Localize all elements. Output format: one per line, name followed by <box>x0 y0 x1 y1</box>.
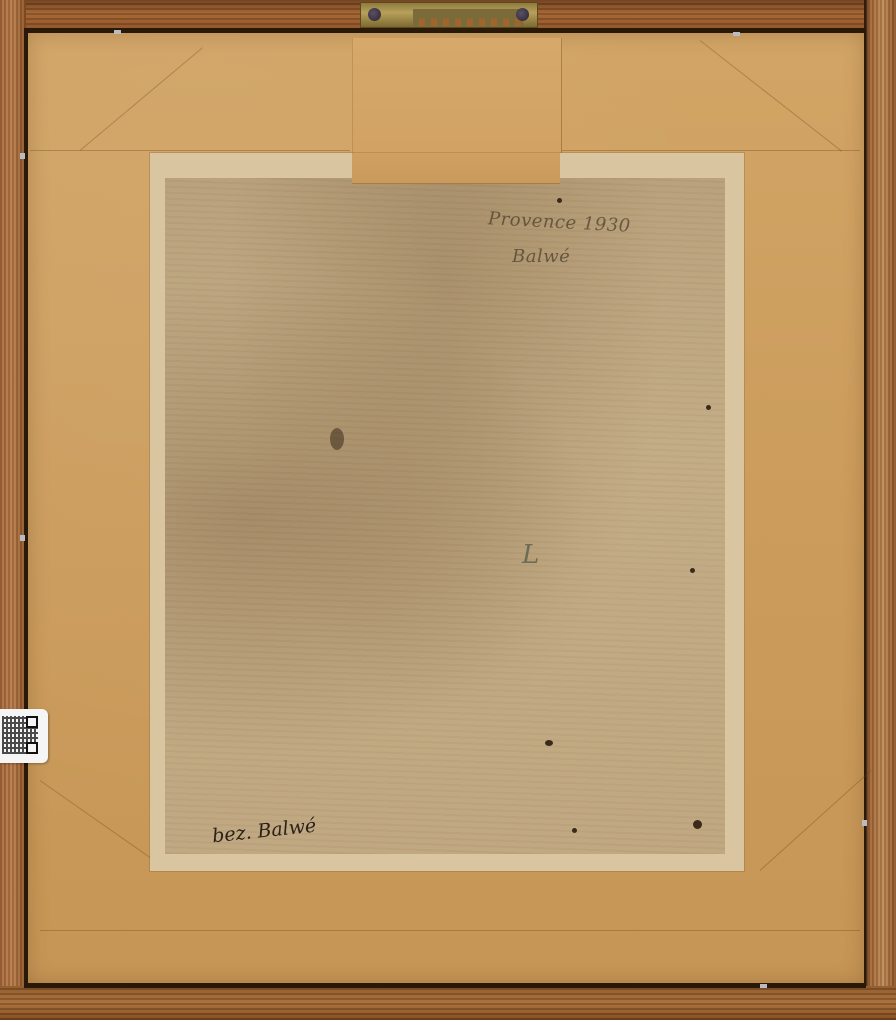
frame-right-rail <box>864 0 896 1020</box>
qr-finder-pattern <box>26 716 38 728</box>
screw-icon <box>516 8 529 21</box>
frame-clip <box>20 153 25 159</box>
frame-clip <box>862 820 867 826</box>
crease-line <box>30 150 350 151</box>
tape-strip-end <box>352 153 560 184</box>
qr-finder-pattern <box>26 742 38 754</box>
frame-bottom-rail <box>0 986 896 1020</box>
stain <box>706 405 711 410</box>
frame-clip <box>760 984 767 988</box>
crease-line <box>40 930 860 931</box>
artwork-panel-back <box>165 178 725 854</box>
crease-line <box>560 150 860 151</box>
stain <box>557 198 562 203</box>
qr-code-label[interactable] <box>0 709 48 763</box>
hanger-teeth <box>413 9 523 26</box>
frame-clip <box>733 32 740 36</box>
frame-clip <box>114 30 121 34</box>
stain <box>693 820 702 829</box>
inscription-mark: L <box>522 540 540 570</box>
inscription-artist: Balwé <box>512 246 570 267</box>
frame-clip <box>20 535 25 541</box>
stain <box>572 828 577 833</box>
stain <box>330 428 344 450</box>
sawtooth-hanger <box>360 2 538 28</box>
stain <box>545 740 553 746</box>
screw-icon <box>368 8 381 21</box>
stain <box>690 568 695 573</box>
